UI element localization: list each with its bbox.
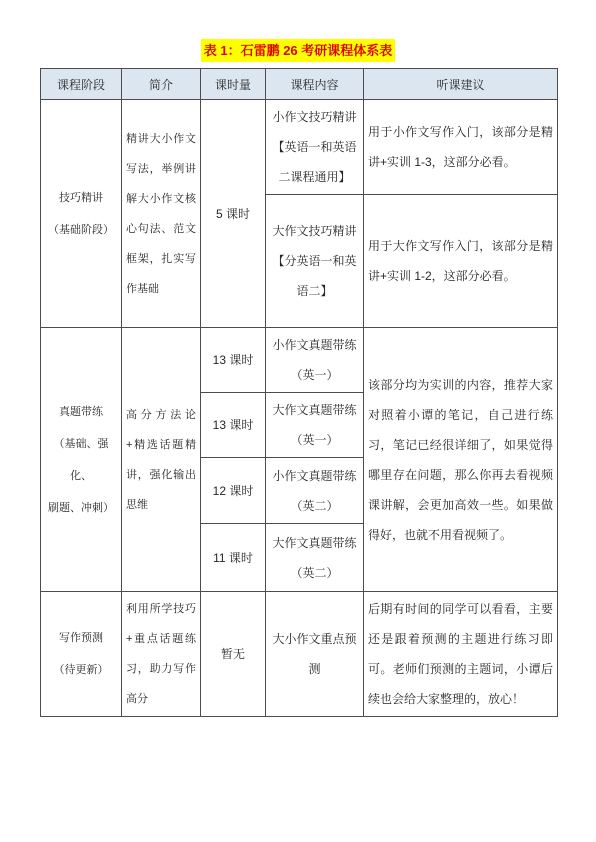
col-header-hours: 课时量 (201, 69, 266, 100)
course-system-table: 课程阶段 简介 课时量 课程内容 听课建议 技巧精讲 （基础阶段） 精讲大小作文… (40, 68, 558, 717)
col-header-intro: 简介 (122, 69, 201, 100)
table-caption-highlight: 表 1：石雷鹏 26 考研课程体系表 (201, 39, 396, 62)
cell-content-big-essay-skills: 大作文技巧精讲【分英语一和英语二】 (266, 195, 364, 328)
cell-intro-practice: 高分方法论+精选话题精讲，强化输出思维 (122, 328, 201, 592)
cell-intro-prediction: 利用所学技巧+重点话题练习，助力写作高分 (122, 592, 201, 717)
cell-advice-prediction: 后期有时间的同学可以看看，主要还是跟着预测的主题进行练习即可。老师们预测的主题词… (364, 592, 558, 717)
cell-stage-practice: 真题带练 （基础、强化、 刷题、冲刺） (41, 328, 122, 592)
document-page: 表 1：石雷鹏 26 考研课程体系表 课程阶段 简介 课时量 课程内容 听课建议… (0, 0, 596, 842)
cell-stage-skills: 技巧精讲 （基础阶段） (41, 100, 122, 328)
cell-advice-practice: 该部分均为实训的内容，推荐大家对照着小谭的笔记，自己进行练习，笔记已经很详细了，… (364, 328, 558, 592)
table-caption: 表 1：石雷鹏 26 考研课程体系表 (0, 39, 596, 62)
cell-content-practice-3: 小作文真题带练（英二） (266, 458, 364, 524)
cell-hours-prediction: 暂无 (201, 592, 266, 717)
cell-advice-small-essay-skills: 用于小作文写作入门，该部分是精讲+实训 1-3，这部分必看。 (364, 100, 558, 195)
cell-content-prediction: 大小作文重点预测 (266, 592, 364, 717)
cell-hours-practice-4: 11 课时 (201, 524, 266, 592)
col-header-content: 课程内容 (266, 69, 364, 100)
cell-intro-skills: 精讲大小作文写法，举例讲解大小作文核心句法、范文框架，扎实写作基础 (122, 100, 201, 328)
table-row: 真题带练 （基础、强化、 刷题、冲刺） 高分方法论+精选话题精讲，强化输出思维 … (41, 328, 558, 393)
cell-content-practice-2: 大作文真题带练（英一） (266, 393, 364, 458)
cell-hours-practice-3: 12 课时 (201, 458, 266, 524)
col-header-stage: 课程阶段 (41, 69, 122, 100)
cell-advice-big-essay-skills: 用于大作文写作入门，该部分是精讲+实训 1-2，这部分必看。 (364, 195, 558, 328)
cell-content-practice-4: 大作文真题带练（英二） (266, 524, 364, 592)
col-header-advice: 听课建议 (364, 69, 558, 100)
table-header-row: 课程阶段 简介 课时量 课程内容 听课建议 (41, 69, 558, 100)
cell-content-practice-1: 小作文真题带练（英一） (266, 328, 364, 393)
cell-hours-practice-1: 13 课时 (201, 328, 266, 393)
cell-hours-skills: 5 课时 (201, 100, 266, 328)
table-row: 技巧精讲 （基础阶段） 精讲大小作文写法，举例讲解大小作文核心句法、范文框架，扎… (41, 100, 558, 195)
cell-content-small-essay-skills: 小作文技巧精讲【英语一和英语二课程通用】 (266, 100, 364, 195)
table-row: 写作预测 （待更新） 利用所学技巧+重点话题练习，助力写作高分 暂无 大小作文重… (41, 592, 558, 717)
cell-stage-prediction: 写作预测 （待更新） (41, 592, 122, 717)
cell-hours-practice-2: 13 课时 (201, 393, 266, 458)
